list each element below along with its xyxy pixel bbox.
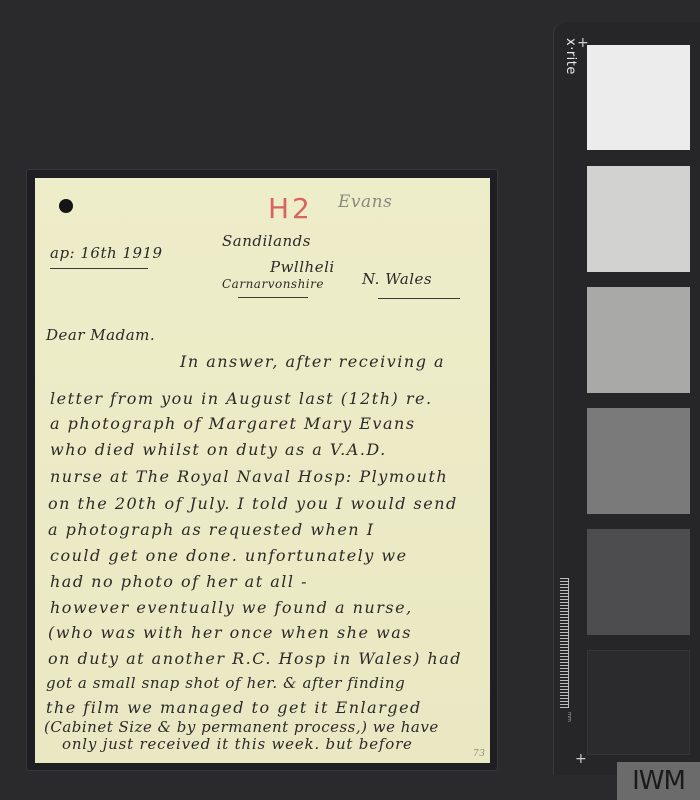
body-line: In answer, after receiving a (180, 352, 445, 371)
address-county: Carnarvonshire (222, 277, 324, 291)
body-line: who died whilst on duty as a V.A.D. (50, 440, 387, 459)
region-underline (378, 298, 460, 299)
address-line-1: Sandilands (222, 232, 311, 250)
ruler-unit-label: mm (566, 712, 572, 722)
page-number: 73 (473, 749, 485, 759)
mm-ruler (560, 578, 574, 710)
patch-light-grey (587, 166, 690, 272)
body-line: got a small snap shot of her. & after fi… (46, 674, 405, 692)
address-line-2: Pwllheli (270, 258, 335, 276)
punch-hole (59, 199, 73, 213)
iwm-watermark: IWM (617, 762, 700, 800)
body-line: (who was with her once when she was (48, 623, 412, 642)
archive-reference: H2 (268, 192, 313, 225)
archive-name: Evans (338, 192, 392, 212)
patch-mid-light-grey (587, 287, 690, 393)
letter-date: ap: 16th 1919 (50, 244, 163, 262)
crosshair-icon: + (575, 752, 587, 766)
salutation: Dear Madam. (46, 326, 155, 344)
body-line: (Cabinet Size & by permanent process,) w… (44, 718, 439, 736)
body-line: on the 20th of July. I told you I would … (48, 494, 458, 513)
body-line: a photograph of Margaret Mary Evans (50, 414, 416, 433)
body-line: only just received it this week. but bef… (62, 735, 413, 753)
date-underline (50, 268, 148, 269)
body-line: letter from you in August last (12th) re… (50, 389, 433, 408)
xrite-logo: x·rite (560, 38, 578, 108)
address-region: N. Wales (362, 270, 432, 288)
body-line: could get one done. unfortunately we (50, 546, 408, 565)
body-line: a photograph as requested when I (48, 520, 375, 539)
patch-black (587, 650, 690, 755)
body-line: however eventually we found a nurse, (50, 598, 413, 617)
body-line: had no photo of her at all - (50, 572, 308, 591)
patch-mid-grey (587, 408, 690, 514)
patch-dark-grey (587, 529, 690, 635)
body-line: the film we managed to get it Enlarged (46, 698, 422, 717)
county-underline (238, 297, 308, 298)
body-line: nurse at The Royal Naval Hosp: Plymouth (50, 467, 448, 486)
body-line: on duty at another R.C. Hosp in Wales) h… (48, 649, 462, 668)
patch-white (587, 45, 690, 150)
